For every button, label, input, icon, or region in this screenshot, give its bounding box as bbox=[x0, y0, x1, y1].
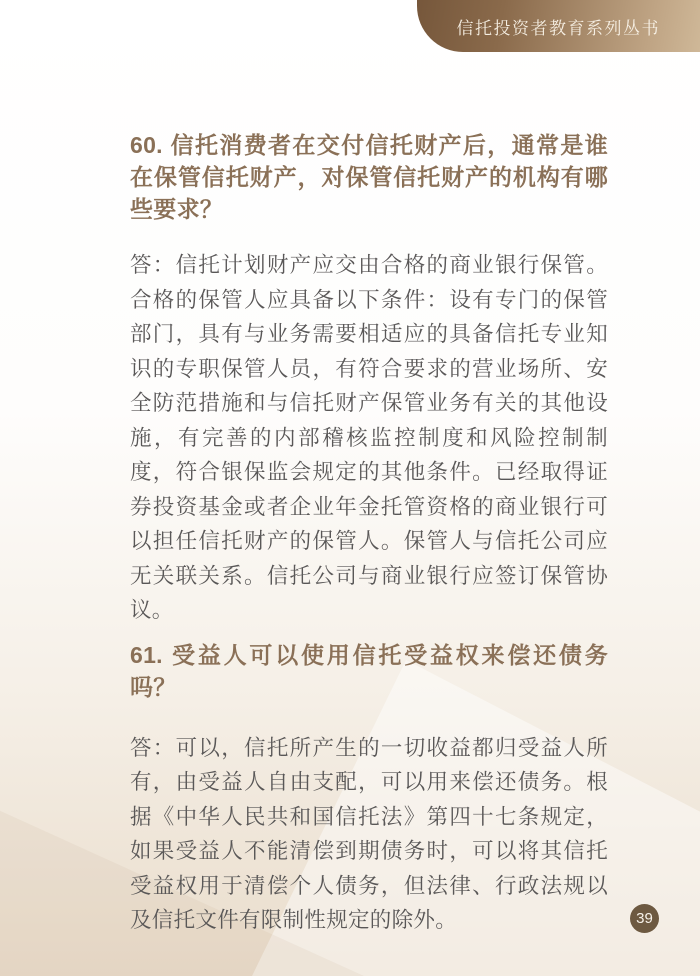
question-61-heading: 61. 受益人可以使用信托受益权来偿还债务吗？ bbox=[130, 639, 608, 703]
page-content: 60. 信托消费者在交付信托财产后，通常是谁在保管信托财产，对保管信托财产的机构… bbox=[130, 129, 608, 938]
answer-61-paragraph: 答：可以，信托所产生的一切收益都归受益人所有，由受益人自由支配，可以用来偿还债务… bbox=[130, 731, 608, 938]
series-header-bar: 信托投资者教育系列丛书 bbox=[417, 0, 700, 52]
series-title: 信托投资者教育系列丛书 bbox=[457, 14, 661, 39]
answer-60-paragraph: 答：信托计划财产应交由合格的商业银行保管。合格的保管人应具备以下条件：设有专门的… bbox=[130, 248, 608, 628]
page-number-badge: 39 bbox=[630, 904, 659, 933]
question-60-heading: 60. 信托消费者在交付信托财产后，通常是谁在保管信托财产，对保管信托财产的机构… bbox=[130, 129, 608, 225]
